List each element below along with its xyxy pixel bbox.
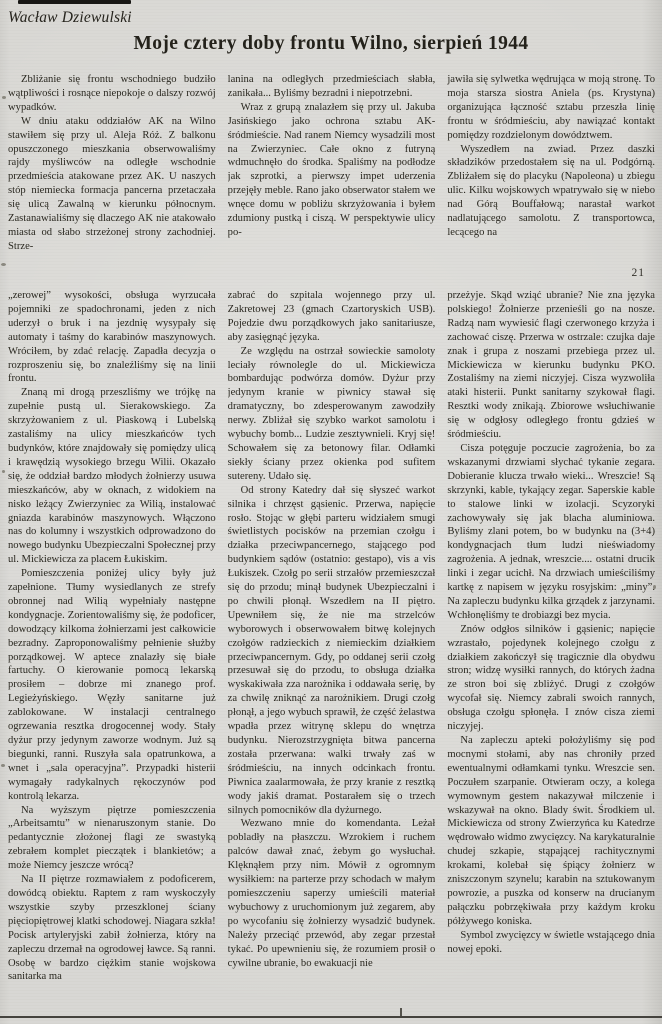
scan-speck xyxy=(2,470,5,473)
top-column-2: lanina na odległych przedmieściach słabł… xyxy=(228,73,436,260)
paragraph: Wyszedłem na zwiad. Przez daszki składzi… xyxy=(447,143,655,240)
scan-edge-line xyxy=(0,1016,662,1018)
top-column-1: Zbliżanie się frontu wschodniego budziło… xyxy=(8,73,216,260)
page-number: 21 xyxy=(632,267,646,279)
scan-edge-artifact xyxy=(18,0,131,4)
scan-speck xyxy=(1,764,5,767)
paragraph: Pomieszczenia poniżej ulicy były już zap… xyxy=(8,567,216,803)
paragraph: „zerowej” wysokości, obsługa wyrzucała p… xyxy=(8,289,216,386)
scanned-page: Wacław Dziewulski Moje cztery doby front… xyxy=(0,0,662,1024)
paragraph: Od strony Katedry dał się słyszeć warkot… xyxy=(228,484,436,818)
paragraph: Na wyższym piętrze pomieszczenia „Arbeit… xyxy=(8,804,216,874)
scan-speck xyxy=(1,263,6,266)
paragraph: Na zapleczu apteki położyliśmy się pod m… xyxy=(447,734,655,929)
paragraph: Znów odgłos silników i gąsienic; napięci… xyxy=(447,623,655,734)
paragraph: jawiła się sylwetka wędrująca w moją str… xyxy=(447,73,655,143)
paragraph: Wraz z grupą znalazłem się przy ul. Jaku… xyxy=(228,101,436,240)
top-column-3: jawiła się sylwetka wędrująca w moją str… xyxy=(447,73,655,260)
paragraph: Wezwano mnie do komendanta. Leżał poblad… xyxy=(228,817,436,970)
paragraph: W dniu ataku oddziałów AK na Wilno stawi… xyxy=(8,115,216,254)
paragraph: Symbol zwycięzcy w świetle wstającego dn… xyxy=(447,929,655,957)
scan-speck xyxy=(2,96,6,99)
article-title: Moje cztery doby frontu Wilno, sierpień … xyxy=(0,33,662,55)
paragraph: lanina na odległych przedmieściach słabł… xyxy=(228,73,436,101)
paragraph: Cisza potęguje poczucie zagrożenia, bo z… xyxy=(447,442,655,623)
paragraph: Ze względu na ostrzał sowieckie samoloty… xyxy=(228,345,436,484)
bottom-column-1: „zerowej” wysokości, obsługa wyrzucała p… xyxy=(8,289,216,1015)
paragraph: przeżyje. Skąd wziąć ubranie? Nie zna ję… xyxy=(447,289,655,442)
bottom-column-2: zabrać do szpitala wojennego przy ul. Za… xyxy=(228,289,436,1015)
bottom-text-band: „zerowej” wysokości, obsługa wyrzucała p… xyxy=(8,289,655,1015)
paragraph: Zbliżanie się frontu wschodniego budziło… xyxy=(8,73,216,115)
top-text-band: Zbliżanie się frontu wschodniego budziło… xyxy=(8,73,655,260)
author-name: Wacław Dziewulski xyxy=(8,9,132,27)
paragraph: Na II piętrze rozmawiałem z podoficerem,… xyxy=(8,873,216,984)
paragraph: Znaną mi drogą przeszliśmy we trójkę na … xyxy=(8,386,216,567)
paragraph: zabrać do szpitala wojennego przy ul. Za… xyxy=(228,289,436,345)
bottom-column-3: przeżyje. Skąd wziąć ubranie? Nie zna ję… xyxy=(447,289,655,1015)
